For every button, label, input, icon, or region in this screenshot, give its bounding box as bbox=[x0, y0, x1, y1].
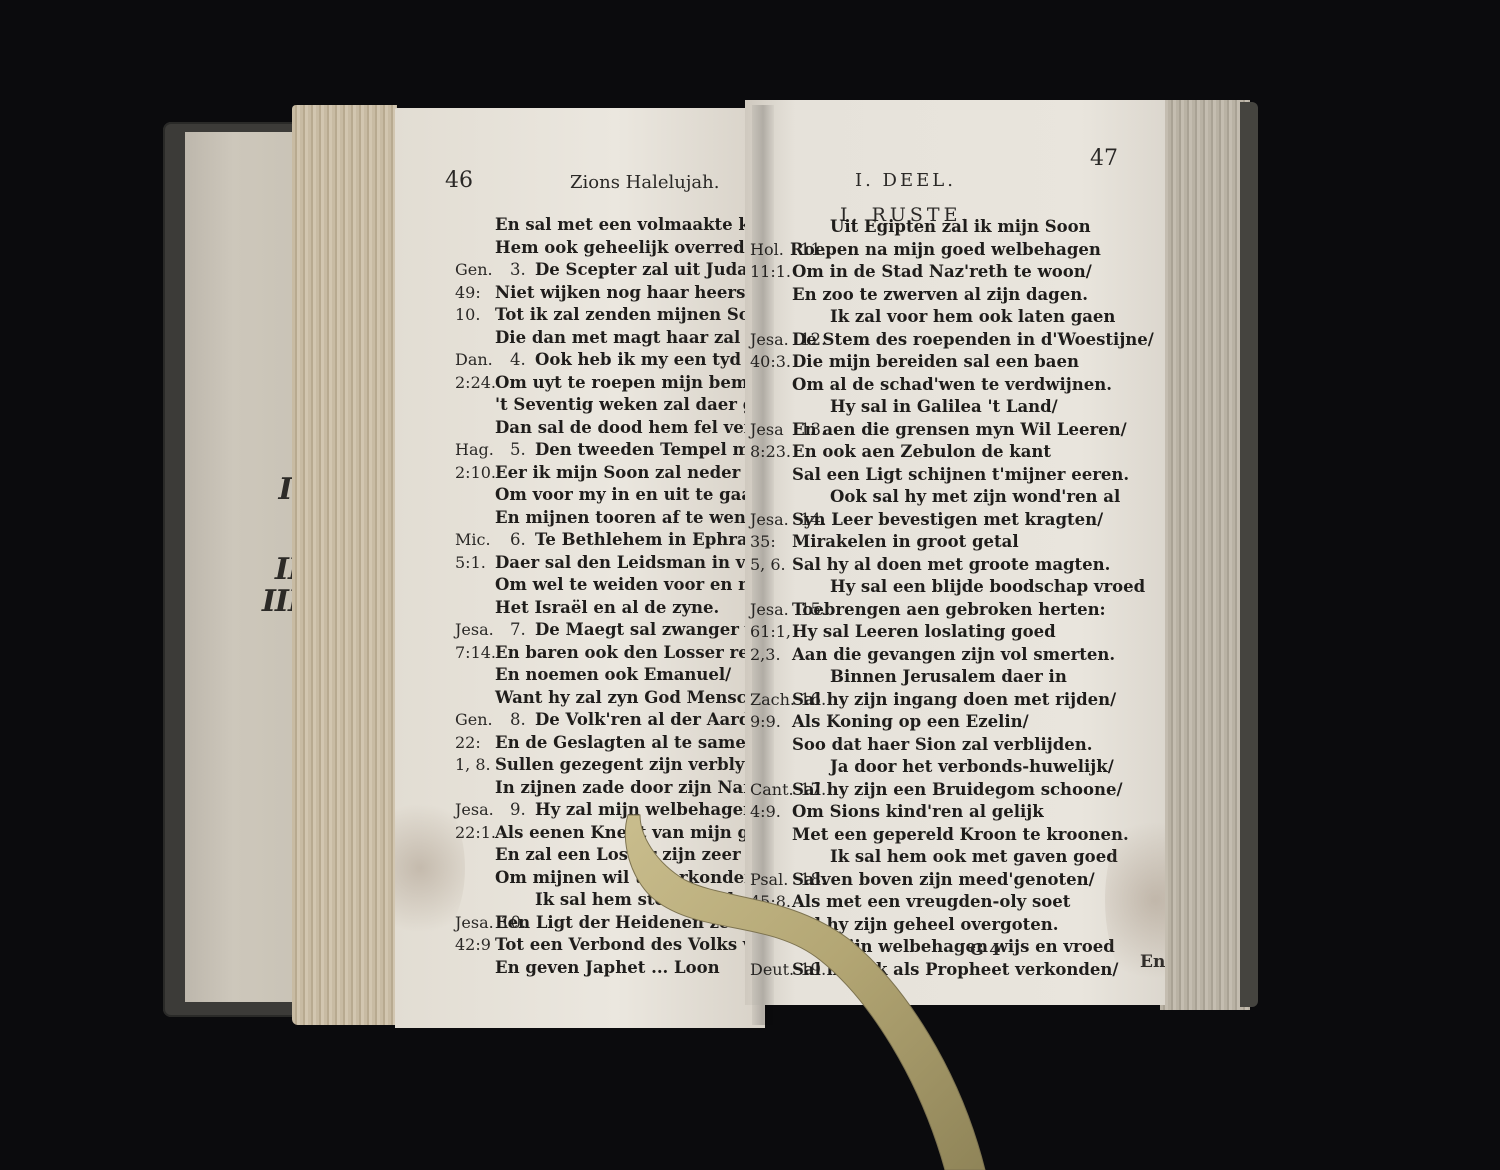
brass-pointer bbox=[0, 0, 1500, 1170]
photo-scene: I. II III 46 Zions Halelujah. En sal met… bbox=[0, 0, 1500, 1170]
